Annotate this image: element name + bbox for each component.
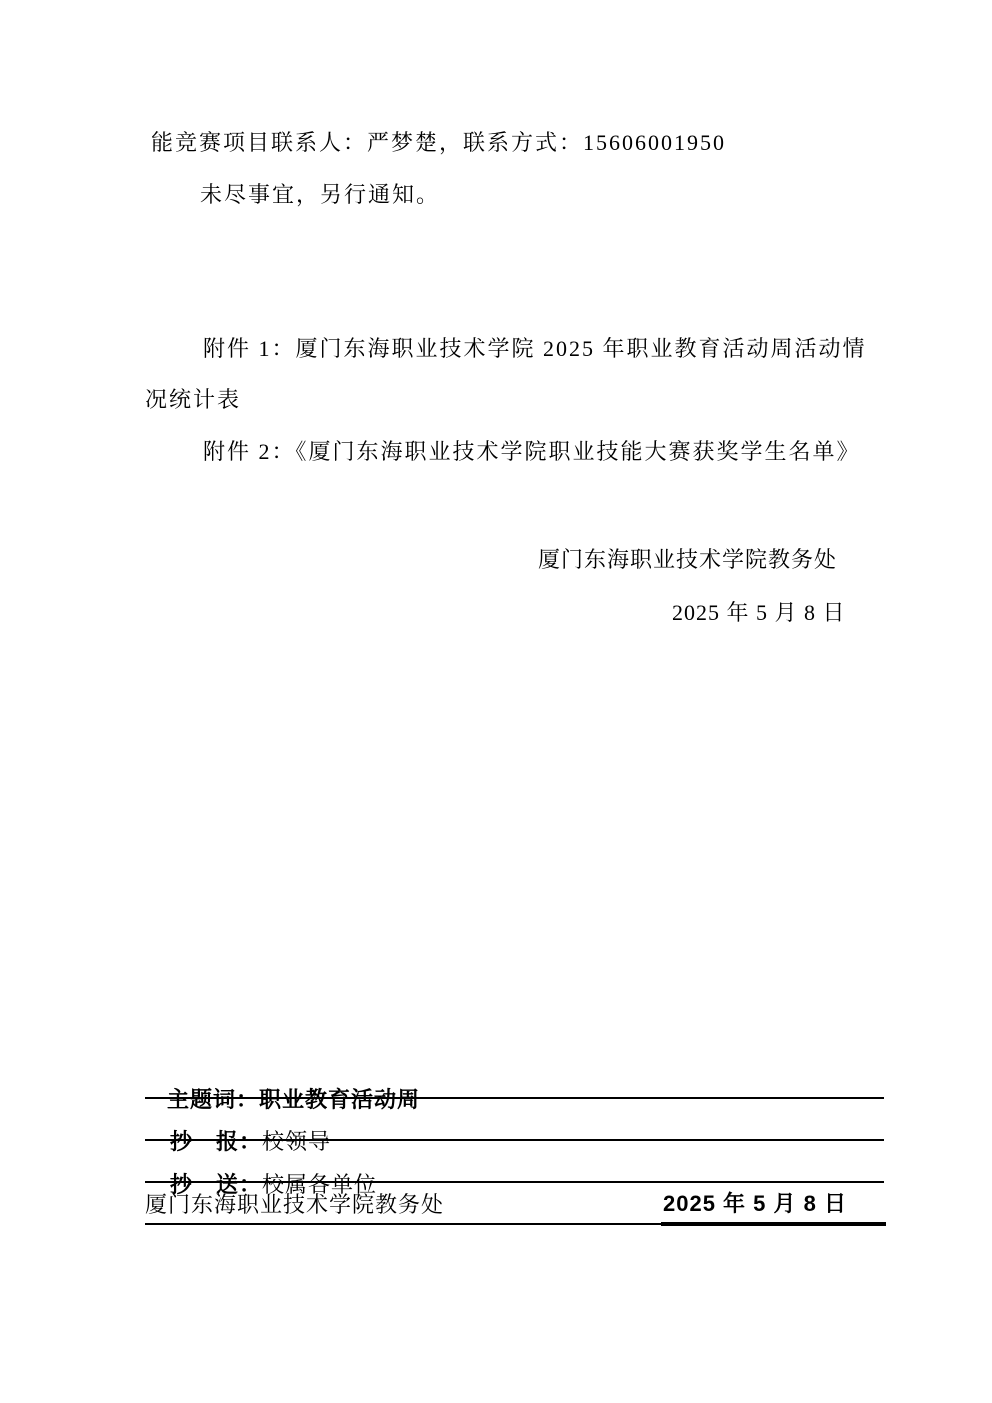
signature-organization: 厦门东海职业技术学院教务处 [538, 549, 837, 571]
footer-rule-1 [145, 1097, 884, 1099]
footer-issuer: 厦门东海职业技术学院教务处 [145, 1194, 444, 1216]
attachment-1-line-2: 况统计表 [145, 389, 241, 411]
document-page: 能竞赛项目联系人：严梦楚，联系方式：15606001950 未尽事宜，另行通知。… [0, 0, 992, 1403]
closing-line: 未尽事宜，另行通知。 [200, 184, 440, 206]
footer-rule-2 [145, 1139, 884, 1141]
attachment-1-line-1: 附件 1：厦门东海职业技术学院 2025 年职业教育活动周活动情 [203, 338, 867, 360]
signature-date: 2025 年 5 月 8 日 [672, 602, 846, 624]
contact-line: 能竞赛项目联系人：严梦楚，联系方式：15606001950 [151, 132, 726, 154]
copy-report-label: 抄 报： [170, 1129, 262, 1154]
footer-date: 2025 年 5 月 8 日 [663, 1193, 847, 1215]
footer-rule-3 [145, 1181, 884, 1183]
footer-rule-4-left [145, 1223, 661, 1225]
copy-report-value: 校领导 [262, 1129, 331, 1154]
attachment-2-line: 附件 2：《厦门东海职业技术学院职业技能大赛获奖学生名单》 [203, 441, 861, 463]
footer-rule-4-right [661, 1222, 886, 1226]
